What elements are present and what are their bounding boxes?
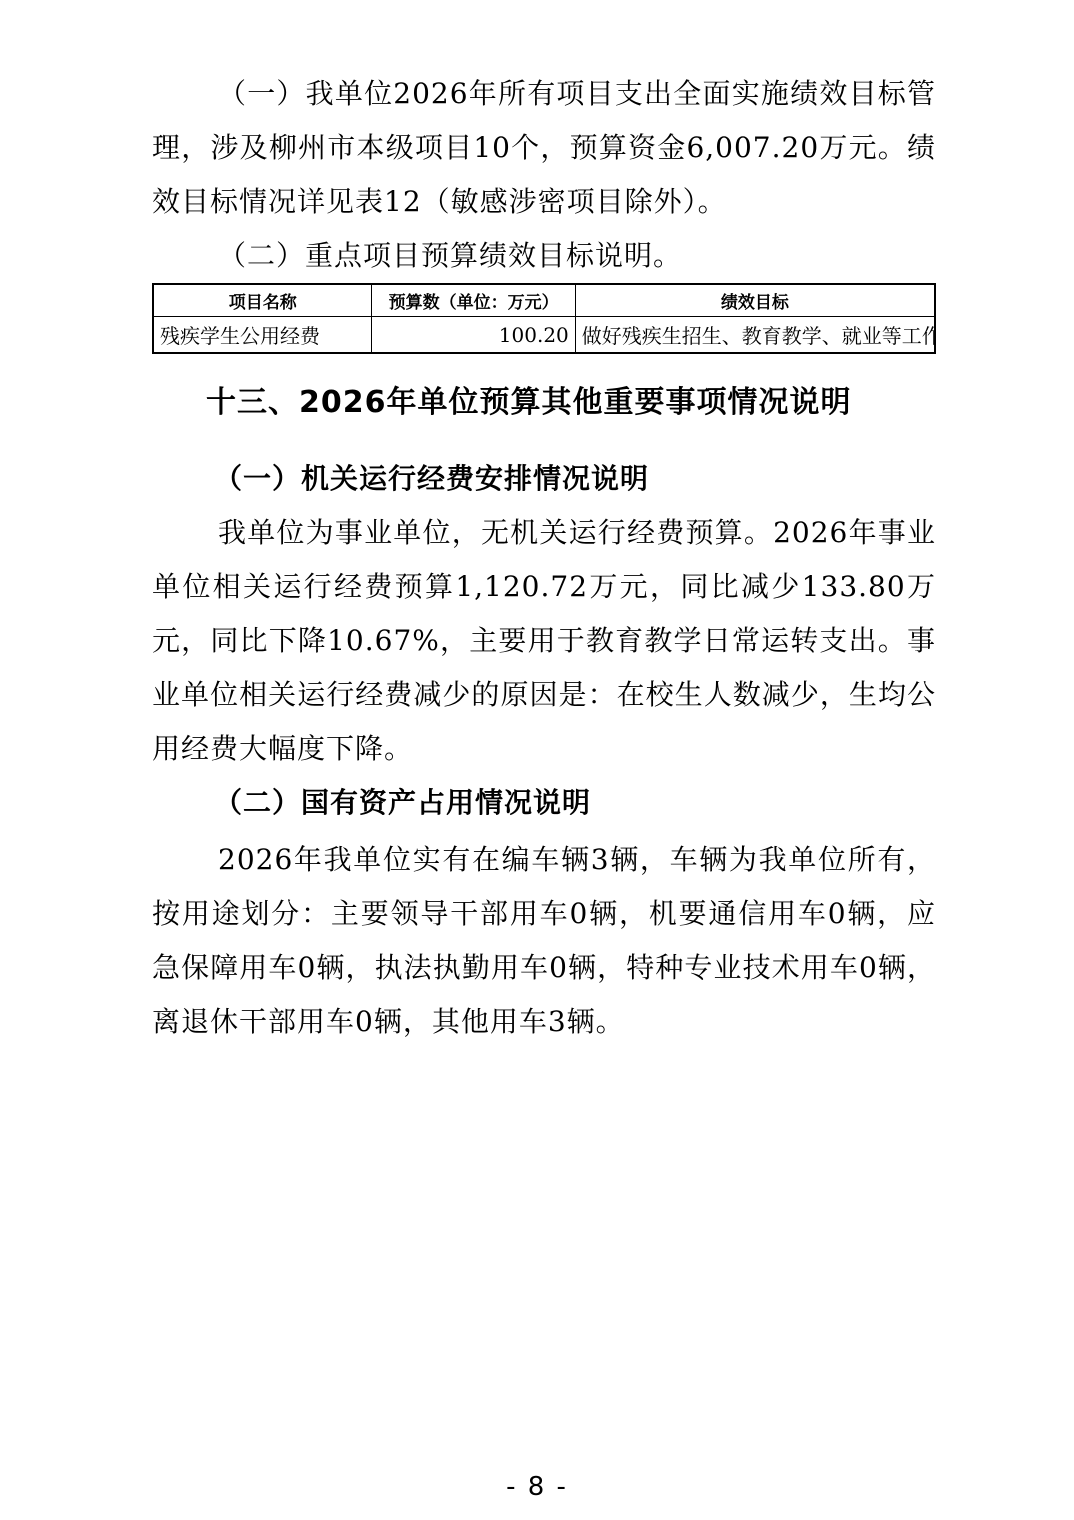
section-13-heading: 十三、2026年单位预算其他重要事项情况说明: [152, 376, 936, 430]
table-row: 残疾学生公用经费 100.20 做好残疾生招生、教育教学、就业等工作。: [153, 317, 935, 354]
operating-expenses-paragraph: 我单位为事业单位，无机关运行经费预算。2026年事业单位相关运行经费预算1,12…: [152, 506, 936, 776]
performance-target-table: 项目名称 预算数（单位：万元） 绩效目标 残疾学生公用经费 100.20 做好残…: [152, 283, 936, 354]
document-body: （一）我单位2026年所有项目支出全面实施绩效目标管理，涉及柳州市本级项目10个…: [152, 67, 936, 1049]
state-assets-vehicles-paragraph: 2026年我单位实有在编车辆3辆，车辆为我单位所有，按用途划分：主要领导干部用车…: [152, 833, 936, 1049]
table-header-performance-target: 绩效目标: [575, 284, 935, 317]
performance-targets-paragraph: （一）我单位2026年所有项目支出全面实施绩效目标管理，涉及柳州市本级项目10个…: [152, 67, 936, 229]
subsection-2-heading: （二）国有资产占用情况说明: [152, 776, 936, 830]
key-project-intro-paragraph: （二）重点项目预算绩效目标说明。: [152, 229, 936, 283]
page-number: - 8 -: [0, 1472, 1074, 1502]
cell-performance-target: 做好残疾生招生、教育教学、就业等工作。: [575, 317, 935, 354]
cell-project-name: 残疾学生公用经费: [153, 317, 372, 354]
cell-budget-amount: 100.20: [372, 317, 575, 354]
subsection-1-heading: （一）机关运行经费安排情况说明: [152, 452, 936, 506]
document-page: （一）我单位2026年所有项目支出全面实施绩效目标管理，涉及柳州市本级项目10个…: [0, 0, 1074, 1520]
table-header-budget-amount: 预算数（单位：万元）: [372, 284, 575, 317]
table-header-row: 项目名称 预算数（单位：万元） 绩效目标: [153, 284, 935, 317]
table-header-project-name: 项目名称: [153, 284, 372, 317]
